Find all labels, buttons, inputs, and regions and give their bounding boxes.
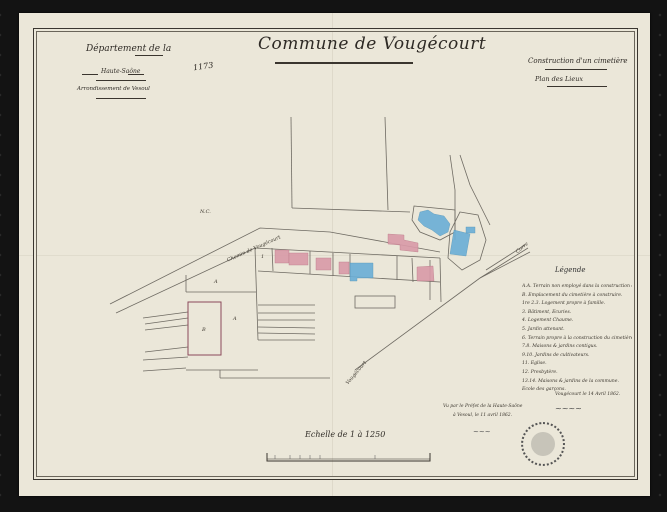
scale-bar [0, 0, 667, 512]
